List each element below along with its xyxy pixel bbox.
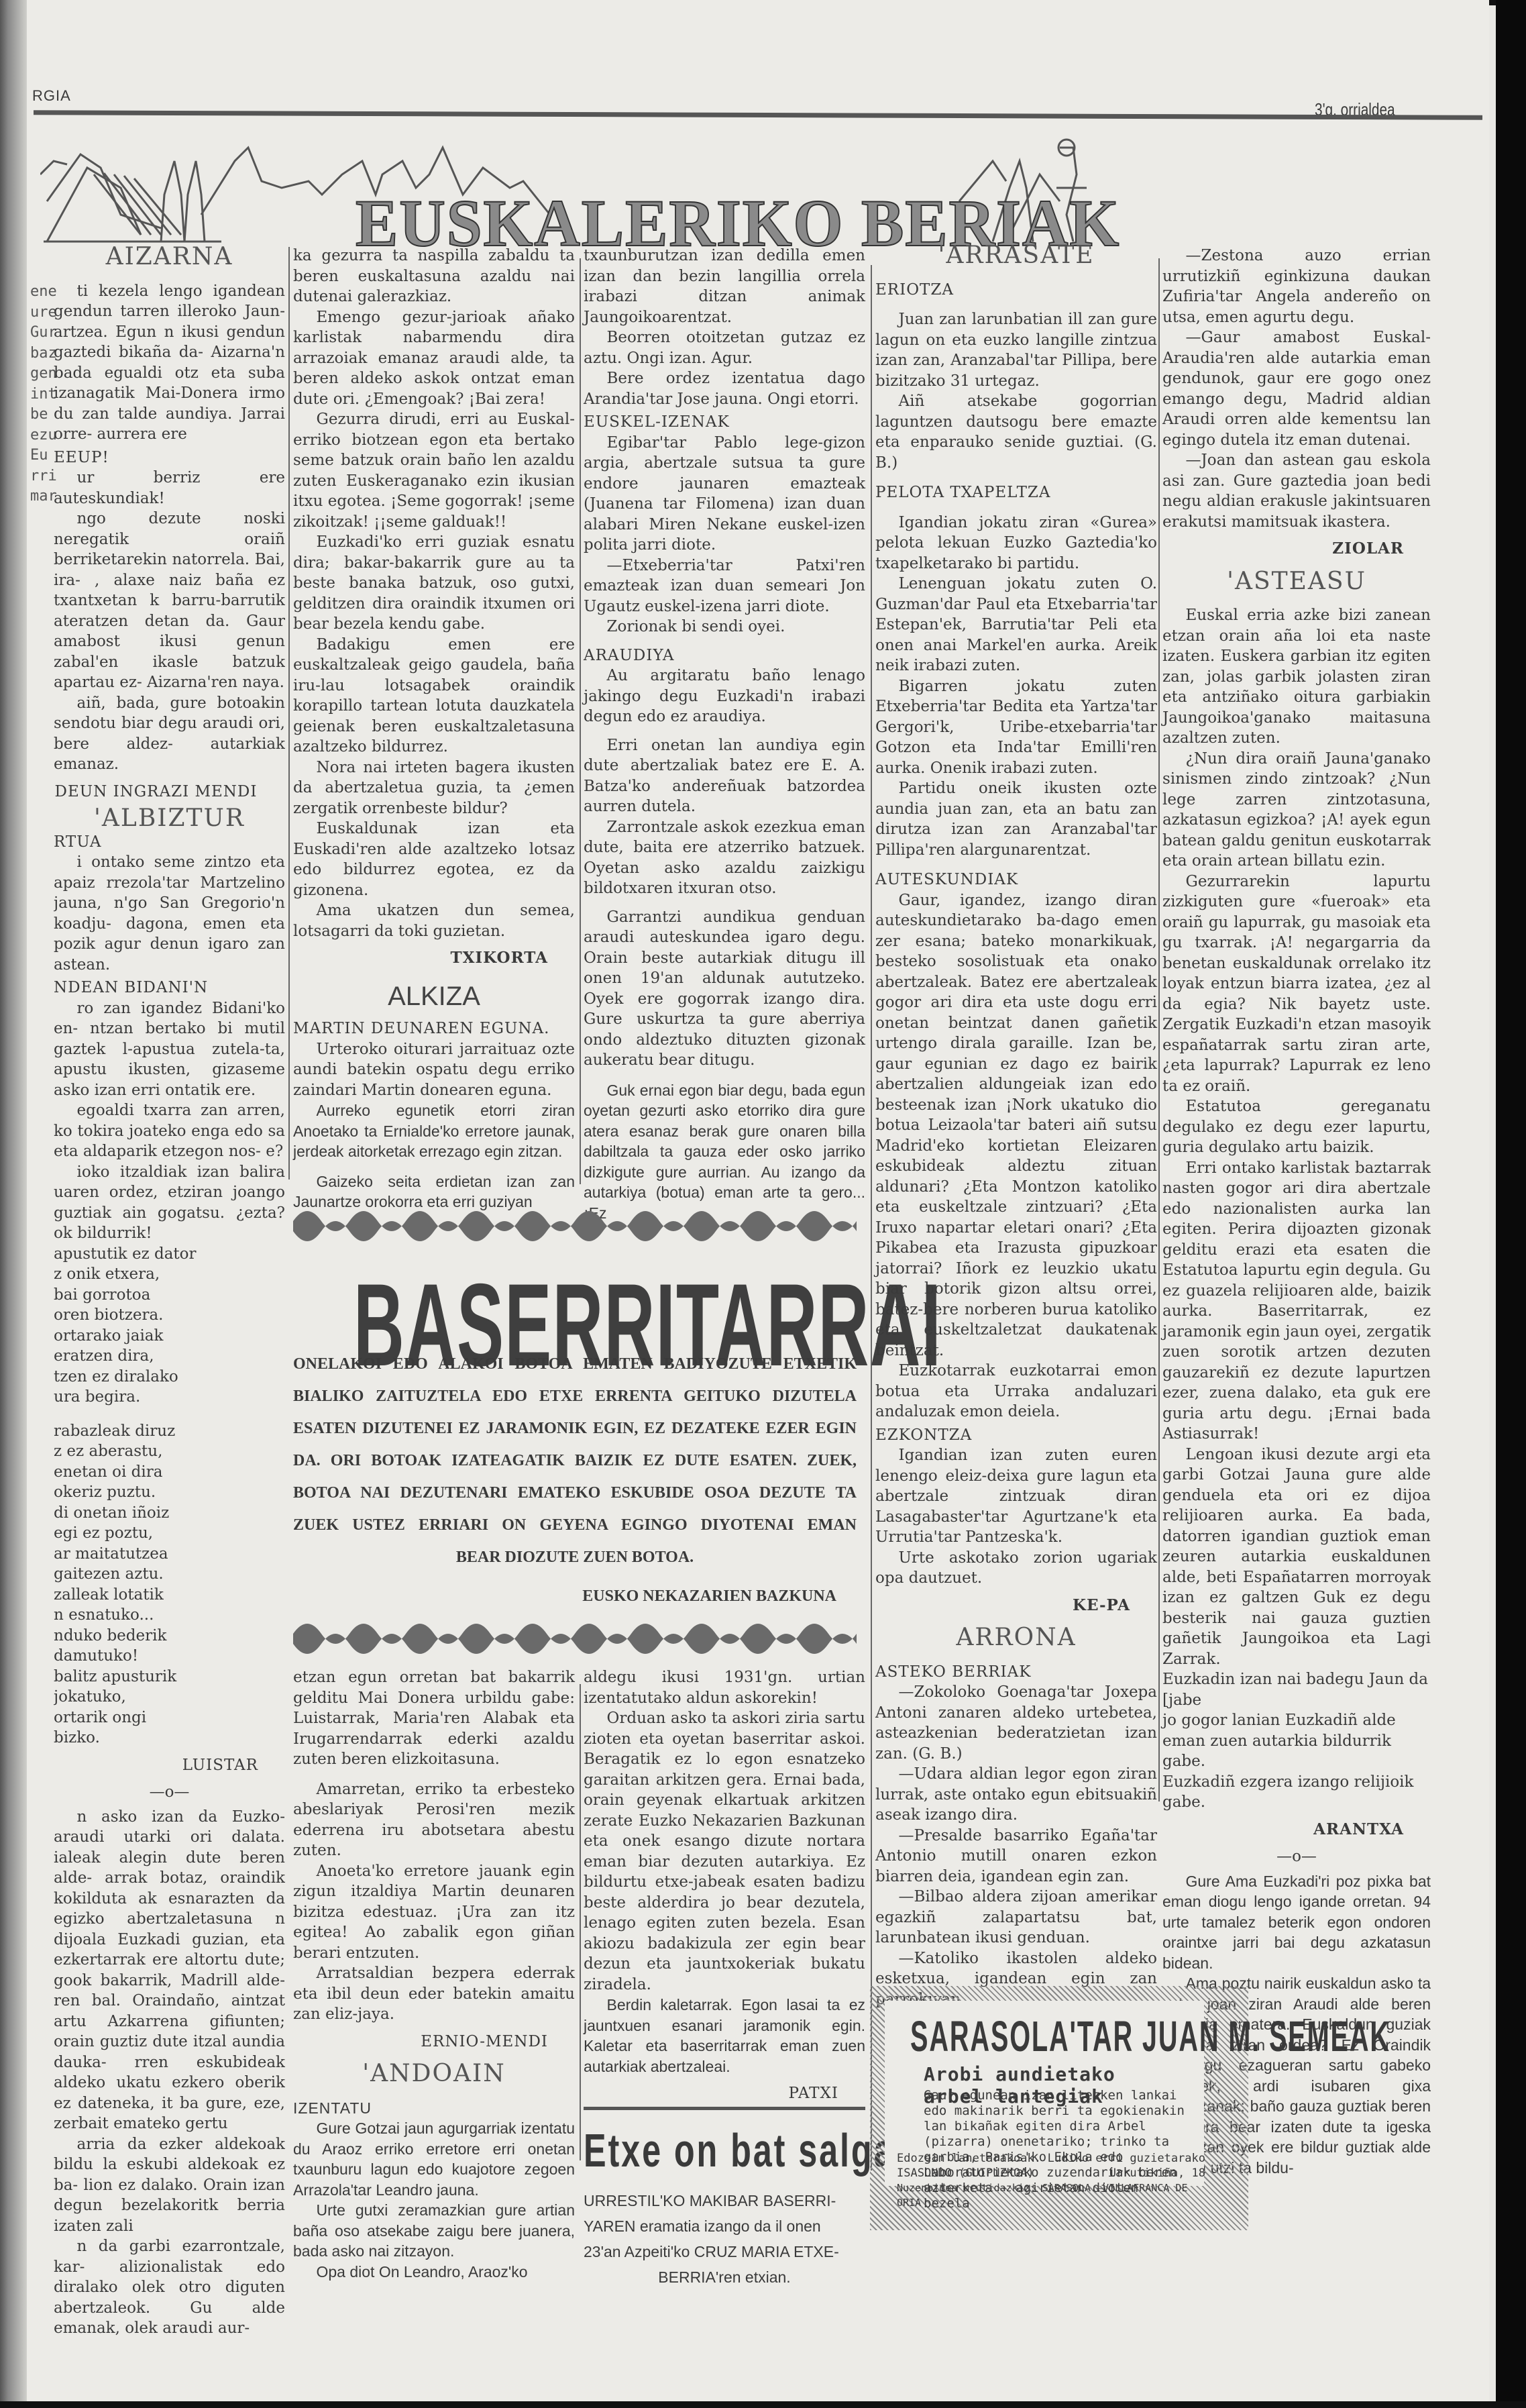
poem-line: balitz apusturik: [54, 1667, 285, 1687]
section-albiztur: 'ALBIZTUR: [54, 808, 285, 829]
article-paragraph: Estatutoa gereganatu degulako ez degu ez…: [1162, 1096, 1431, 1158]
bleed-fragment: Gur: [30, 323, 57, 344]
ad-detail: Ludiko erri guzietarako: [1048, 2151, 1205, 2166]
article-paragraph: ioko itzaldiak izan balira uaren ordez, …: [54, 1162, 285, 1244]
ad-line: ONELAKOI EDO ALAKOI BOTOA EMATEN BADIYOZ…: [293, 1355, 857, 1388]
ad-line: ESATEN DIZUTENEI EZ JARAMONIK EGIN, EZ D…: [293, 1420, 857, 1452]
ad-footer: Edozein lanetarakoak.Ludiko erri guzieta…: [897, 2151, 1205, 2210]
poem-line: jo gogor lanian Euzkadiñ alde: [1162, 1710, 1431, 1731]
bleed-fragment: ure: [30, 303, 57, 323]
poem-line: gaitezen aztu.: [54, 1564, 285, 1585]
poem-stanza: apustutik ez datorz onik etxera,bai gorr…: [54, 1244, 285, 1408]
ad-address: ISASONDO (GUIPUZKOA): [897, 2166, 1034, 2181]
article-paragraph: etzan egun orretan bat bakarrik gelditu …: [293, 1667, 575, 1770]
article-paragraph: Emengo gezur-jarioak añako karlistak nab…: [293, 307, 575, 410]
article-paragraph: Egibar'tar Pablo lege-gizon argia, abert…: [584, 433, 865, 556]
article-paragraph: ro zan igandez Bidani'ko en- ntzan berta…: [54, 998, 285, 1101]
article-paragraph: ¿Nun dira oraiñ Jauna'ganako sinismen zi…: [1162, 749, 1431, 872]
section-andoain: 'ANDOAIN: [293, 2064, 575, 2085]
article-paragraph: —Udara aldian legor egon ziran lurrak, a…: [875, 1764, 1157, 1826]
poem-stanza: rabazleak diruzz ez aberastu,enetan oi d…: [54, 1421, 285, 1748]
column-divider: [871, 265, 872, 2170]
article-paragraph: Euzkotarrak euzkotarrai emon botua eta U…: [875, 1361, 1157, 1422]
article-subheading: ERIOTZA: [875, 280, 1157, 301]
article-paragraph: Euskal erria azke bizi zanean etzan orai…: [1162, 605, 1431, 749]
article-subheading: MARTIN DEUNAREN EGUNA.: [293, 1018, 575, 1039]
column-divider: [288, 247, 290, 1180]
article-paragraph: Euzkadi'ko erri guziak esnatu dira; baka…: [293, 532, 575, 635]
ad-line: YAREN eramatia izango da il onen: [584, 2213, 865, 2239]
article-paragraph: Ama ukatzen dun semea, lotsagarri da tok…: [293, 900, 575, 941]
article-paragraph: Lenenguan jokatu zuten O. Guzman'dar Pau…: [875, 574, 1157, 676]
poem-line: eratzen dira,: [54, 1346, 285, 1367]
article-paragraph: Urte askotako zorion ugariak opa dautzue…: [875, 1548, 1157, 1589]
article-paragraph: Amarretan, erriko ta erbesteko abeslariy…: [293, 1779, 575, 1861]
column-divider: [580, 258, 581, 1184]
ad-line: BOTOA NAI DEZUTENARI EMATEKO ESKUBIDE OS…: [293, 1484, 857, 1516]
poem-line: zalleak lotatik: [54, 1585, 285, 1606]
article-paragraph: Gezurra dirudi, erri au Euskal-erriko bi…: [293, 409, 575, 532]
separator: —o—: [1162, 1846, 1431, 1867]
article-subheading: AUTESKUNDIAK: [875, 870, 1157, 890]
article-paragraph: n da garbi ezarrontzale, kar- alizionali…: [54, 2236, 285, 2339]
article-paragraph: —Etxeberria'tar Patxi'ren emazteak izan …: [584, 556, 865, 617]
ad-headline: SARASOLA'TAR JUAN M. SEMEAK: [910, 2011, 1391, 2061]
poem-line: nduko bederik: [54, 1626, 285, 1646]
byline: DEUN INGRAZI MENDI: [54, 782, 285, 802]
article-paragraph: txaunburutzan izan dedilla emen izan dan…: [584, 246, 865, 327]
ad-line: ZUEK USTEZ ERRIARI ON GEYENA EGINGO DIYO…: [293, 1516, 857, 1549]
article-paragraph: Orduan asko ta askori ziria sartu zioten…: [584, 1708, 865, 1995]
article-subheading: PELOTA TXAPELTZA: [875, 482, 1157, 503]
sarasola-advertisement: SARASOLA'TAR JUAN M. SEMEAK Arobi aundie…: [870, 1986, 1165, 2187]
ad-body: URRESTIL'KO MAKIBAR BASERRI- YAREN erama…: [584, 2188, 865, 2290]
article-paragraph: Urteroko oiturari jarraituaz ozte aundi …: [293, 1039, 575, 1101]
article-paragraph: Bigarren jokatu zuten Etxeberria'tar Bed…: [875, 676, 1157, 779]
article-paragraph: Igandian jokatu ziran «Gurea» pelota lek…: [875, 513, 1157, 574]
article-paragraph: —Bilbao aldera zijoan amerikar egazkiñ z…: [875, 1887, 1157, 1948]
article-paragraph: Beorren otoitzetan gutzaz ez aztu. Ongi …: [584, 327, 865, 368]
adjacent-page-bleed: eneureGurbazgenintabeezuEurriamar: [30, 282, 57, 507]
byline: TXIKORTA: [293, 948, 575, 969]
article-paragraph: Erri onetan lan aundiya egin dute abertz…: [584, 735, 865, 817]
byline: LUISTAR: [54, 1755, 285, 1776]
article-paragraph: Igandian izan zuten euren lenengo eleiz-…: [875, 1445, 1157, 1548]
article-paragraph: Juan zan larunbatian ill zan gure lagun …: [875, 309, 1157, 391]
article-paragraph: n asko izan da Euzko-araudi utarki ori d…: [54, 1807, 285, 2134]
poem-line: ortarik ongi: [54, 1708, 285, 1728]
poem-line: n esnatuko...: [54, 1605, 285, 1626]
article-paragraph: ti kezela lengo igandean gendun tarren i…: [54, 281, 285, 445]
column-divider: [580, 1684, 581, 2160]
baserritarrai-advertisement: BASERRITARRAI ONELAKOI EDO ALAKOI BOTOA …: [293, 1201, 870, 1677]
scan-bottom-edge: [0, 2401, 1526, 2408]
column-1: AIZARNA ti kezela lengo igandean gendun …: [54, 235, 285, 2339]
article-paragraph: —Zestona auzo errian urrutizkiñ eginkizu…: [1162, 246, 1431, 327]
wavy-border-icon: [293, 1201, 857, 1241]
separator: —o—: [54, 1782, 285, 1803]
article-subheading: IZENTATU: [293, 2098, 575, 2119]
bleed-fragment: inta: [30, 384, 57, 405]
article-paragraph: aiñ, bada, gure botoakin sendotu biar de…: [54, 693, 285, 775]
column-divider: [1158, 258, 1160, 1801]
article-paragraph: Gaur, igandez, izango diran auteskundiet…: [875, 890, 1157, 1361]
bleed-fragment: baz: [30, 344, 57, 364]
poem-line: z ez aberastu,: [54, 1441, 285, 1462]
article-paragraph: Badakigu emen ere euskaltzaleak geigo ga…: [293, 635, 575, 757]
poem-line: eman zuen autarkia bildurrik gabe.: [1162, 1731, 1431, 1772]
article-paragraph: Gure Gotzai jaun agurgarriak izentatu du…: [293, 2118, 575, 2200]
column-3: txaunburutzan izan dedilla emen izan dan…: [584, 246, 865, 1223]
article-subheading: NDEAN BIDANI'N: [54, 978, 285, 998]
byline: ARANTXA: [1162, 1820, 1431, 1840]
article-paragraph: Anoeta'ko erretore jauank egin zigun itz…: [293, 1861, 575, 1964]
wavy-border-icon: [293, 1614, 857, 1654]
article-paragraph: —Joan dan astean gau eskola asi zan. Gur…: [1162, 450, 1431, 532]
poem-line: z onik etxera,: [54, 1264, 285, 1285]
poem-line: apustutik ez dator: [54, 1244, 285, 1265]
section-asteasu: 'ASTEASU: [1162, 572, 1431, 592]
poem-stanza: Euzkadin izan nai badegu Jaun da[jabejo …: [1162, 1669, 1431, 1813]
poem-line: Euzkadin izan nai badegu Jaun da: [1162, 1669, 1431, 1690]
article-paragraph: ngo dezute noski neregatik oraiñ berrike…: [54, 509, 285, 693]
article-paragraph: Zarrontzale askok ezezkua eman dute, bai…: [584, 817, 865, 899]
house-for-sale-advertisement: Etxe on bat salgai URRESTIL'KO MAKIBAR B…: [584, 2107, 865, 2290]
article-paragraph: Opa diot On Leandro, Araoz'ko: [293, 2262, 575, 2283]
column-2: ka gezurra ta naspilla zabaldu ta beren …: [293, 246, 575, 1212]
poem-line: Euzkadiñ ezgera izango relijioik gabe.: [1162, 1772, 1431, 1813]
article-paragraph: Gure Ama Euzkadi'ri poz pixka bat eman d…: [1162, 1871, 1431, 1974]
poem-line: okeriz puztu.: [54, 1482, 285, 1503]
article-paragraph: Arratsaldian bezpera ederrak eta ibil de…: [293, 1963, 575, 2025]
byline: ZIOLAR: [1162, 539, 1431, 560]
ad-rule: [584, 2107, 865, 2110]
bleed-fragment: Eu: [30, 446, 57, 466]
poem-line: oren biotzera.: [54, 1305, 285, 1326]
article-paragraph: Garrantzi aundikua genduan araudi autesk…: [584, 907, 865, 1071]
poem-line: egi ez poztu,: [54, 1523, 285, 1544]
article-paragraph: ur berriz ere auteskundiak!: [54, 468, 285, 509]
column-3-lower: aldegu ikusi 1931'gn. urtian izentatutak…: [584, 1667, 865, 2111]
article-paragraph: Aurreko egunetik etorri ziran Anoetako t…: [293, 1100, 575, 1162]
column-2-lower: etzan egun orretan bat bakarrik gelditu …: [293, 1667, 575, 2282]
article-paragraph: Nora nai irteten bagera ikusten da abert…: [293, 757, 575, 819]
byline: PATXI: [584, 2083, 865, 2104]
poem-line: tzen ez diralako: [54, 1367, 285, 1388]
poem-line: ura begira.: [54, 1387, 285, 1408]
poem-line: [jabe: [1162, 1690, 1431, 1711]
article-paragraph: egoaldi txarra zan arren, ko tokira joat…: [54, 1100, 285, 1162]
article-paragraph: Lengoan ikusi dezute argi eta garbi Gotz…: [1162, 1445, 1431, 1670]
column-5: —Zestona auzo errian urrutizkiñ eginkizu…: [1162, 246, 1431, 2178]
poem-line: bai gorrotoa: [54, 1285, 285, 1306]
section-arrasate: 'ARRASATE: [875, 246, 1157, 266]
ad-line: BIALIKO ZAITUZTELA EDO ETXE ERRENTA GEIT…: [293, 1388, 857, 1420]
article-paragraph: aldegu ikusi 1931'gn. urtian izentatutak…: [584, 1667, 865, 1708]
bleed-fragment: gen: [30, 364, 57, 384]
ad-address: Urrutikiña, 18: [1109, 2166, 1205, 2181]
ad-headline: Etxe on bat salgai: [584, 2124, 786, 2177]
ad-line: DA. ORI BOTOAK IZATEAGATIK BAIZIK EZ DUT…: [293, 1452, 857, 1484]
ad-line: 23'an Azpeiti'ko CRUZ MARIA ETXE-: [584, 2239, 865, 2264]
article-paragraph: Euskaldunak izan eta Euskadi'ren alde az…: [293, 819, 575, 900]
poem-line: ortarako jaiak: [54, 1326, 285, 1347]
article-subheading: EUSKEL-IZENAK: [584, 412, 865, 433]
article-paragraph: Zorionak bi sendi oyei.: [584, 617, 865, 637]
article-paragraph: Gezurrarekin lapurtu zizkiguten gure «fu…: [1162, 872, 1431, 1097]
article-paragraph: —Gaur amabost Euskal-Araudia'ren alde au…: [1162, 327, 1431, 450]
binding-shadow: [0, 0, 27, 2408]
article-paragraph: ka gezurra ta naspilla zabaldu ta beren …: [293, 246, 575, 307]
poem-line: di onetan iñoiz: [54, 1503, 285, 1524]
article-paragraph: Urte gutxi zeramazkian gure artian baña …: [293, 2200, 575, 2262]
poem-line: jokatuko,: [54, 1687, 285, 1708]
article-subheading: ARAUDIYA: [584, 645, 865, 666]
ad-line: BERRIA'ren etxian.: [584, 2264, 865, 2290]
section-arrona: ARRONA: [875, 1628, 1157, 1648]
article-paragraph: Bere ordez izentatua dago Arandia'tar Jo…: [584, 368, 865, 409]
poem-line: enetan oi dira: [54, 1462, 285, 1483]
section-aizarna: AIZARNA: [54, 247, 285, 268]
article-paragraph: —Zokoloko Goenaga'tar Joxepa Antoni zana…: [875, 1682, 1157, 1764]
ad-line: URRESTIL'KO MAKIBAR BASERRI-: [584, 2188, 865, 2213]
bleed-fragment: rria: [30, 466, 57, 487]
ad-line: BEAR DIOZUTE ZUEN BOTOA.: [293, 1549, 857, 1581]
section-alkiza: ALKIZA: [293, 986, 575, 1007]
article-paragraph: Erri ontako karlistak baztarrak nasten g…: [1162, 1158, 1431, 1445]
article-paragraph: i ontako seme zintzo eta apaiz rrezola't…: [54, 852, 285, 975]
byline: KE-PA: [875, 1595, 1157, 1616]
poem-line: bizko.: [54, 1728, 285, 1748]
poem-line: ar maitatutzea: [54, 1544, 285, 1565]
byline: ERNIO-MENDI: [293, 2032, 575, 2052]
ad-telegraph-address: Nuzenbidea urutidazkiz: SARASOLA.—VILLAF…: [897, 2181, 1205, 2210]
article-paragraph: arria da ezker aldekoak bildu la eskubi …: [54, 2134, 285, 2237]
bleed-fragment: ezu: [30, 425, 57, 446]
article-subheading: ASTEKO BERRIAK: [875, 1662, 1157, 1683]
article-paragraph: —Presalde basarriko Egaña'tar Antonio mu…: [875, 1826, 1157, 1887]
bleed-fragment: ene: [30, 282, 57, 303]
article-paragraph: Aiñ atsekabe gogorrian laguntzen dautsog…: [875, 391, 1157, 473]
ad-detail: Edozein lanetarakoak.: [897, 2151, 1041, 2166]
poem-line: rabazleak diruz: [54, 1421, 285, 1442]
ad-body: ONELAKOI EDO ALAKOI BOTOA EMATEN BADIYOZ…: [293, 1355, 857, 1620]
running-head-left: RGIA: [32, 87, 71, 105]
article-paragraph: Berdin kaletarrak. Egon lasai ta ez jaun…: [584, 1995, 865, 2077]
column-4: 'ARRASATE ERIOTZA Juan zan larunbatian i…: [875, 246, 1157, 2009]
article-subheading: EZKONTZA: [875, 1425, 1157, 1446]
poem-line: damutuko!: [54, 1646, 285, 1667]
bleed-fragment: mar: [30, 486, 57, 507]
article-paragraph: Au argitaratu baño lenago jakingo degu E…: [584, 666, 865, 727]
article-subheading: EEUP!: [54, 448, 285, 468]
bleed-fragment: be: [30, 405, 57, 425]
article-subheading: RTUA: [54, 832, 285, 853]
article-paragraph: Partidu oneik ikusten ozte aundia juan z…: [875, 778, 1157, 860]
scan-right-edge: [1496, 0, 1526, 2408]
